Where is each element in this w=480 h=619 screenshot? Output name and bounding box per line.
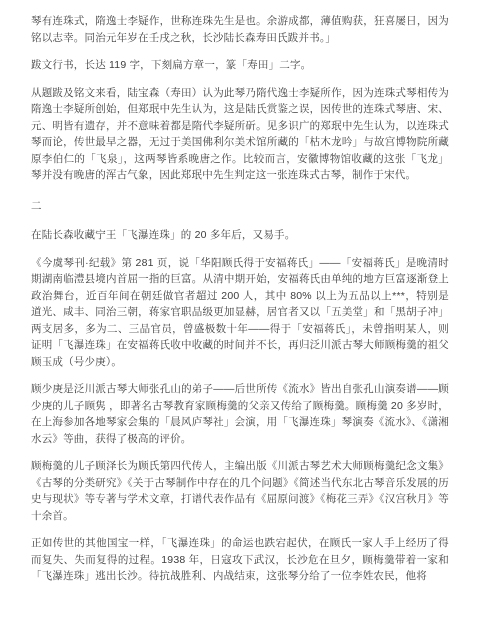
paragraph-quote-colophon: 琴有连珠式，隋逸士李疑作，世称连珠先生是也。余游成都，薄值购获，狂喜屡日，因为铭… [31, 13, 449, 46]
paragraph-attribution-analysis: 从题跋及铭文来看，陆宝森（寿田）认为此琴乃隋代逸士李疑所作，因为连珠式琴相传为隋… [31, 85, 449, 184]
section-marker-two: 二 [31, 198, 449, 215]
article-page: 琴有连珠式，隋逸士李疑作，世称连珠先生是也。余游成都，薄值购获，狂喜屡日，因为铭… [0, 0, 480, 619]
paragraph-jiang-family: 《今虞琴刊·纪载》第 281 页，说「华阳顾氏得于安福蒋氏」——「安福蒋氏」是晚… [31, 255, 449, 371]
paragraph-ownership-change: 在陆长森收藏宁王「飞瀑连珠」的 20 多年后，又易手。 [31, 227, 449, 244]
paragraph-colophon-description: 跋文行书，长达 119 字，下刻扁方章一，篆「寿田」二字。 [31, 57, 449, 74]
paragraph-wartime-fate: 正如传世的其他国宝一样，「飞瀑连珠」的命运也跌宕起伏，在顾氏一家人手上经历了得而… [31, 535, 449, 585]
paragraph-gu-shaogeng: 顾少庚是泛川派古琴大师张孔山的弟子——后世所传《流水》皆出自张孔山演奏谱——顾少… [31, 381, 449, 447]
article-body: 琴有连珠式，隋逸士李疑作，世称连珠先生是也。余游成都，薄值购获，狂喜屡日，因为铭… [31, 13, 449, 585]
paragraph-gu-zechang: 顾梅羹的儿子顾泽长为顾氏第四代传人，主编出版《川派古琴艺术大师顾梅羹纪念文集》《… [31, 458, 449, 524]
